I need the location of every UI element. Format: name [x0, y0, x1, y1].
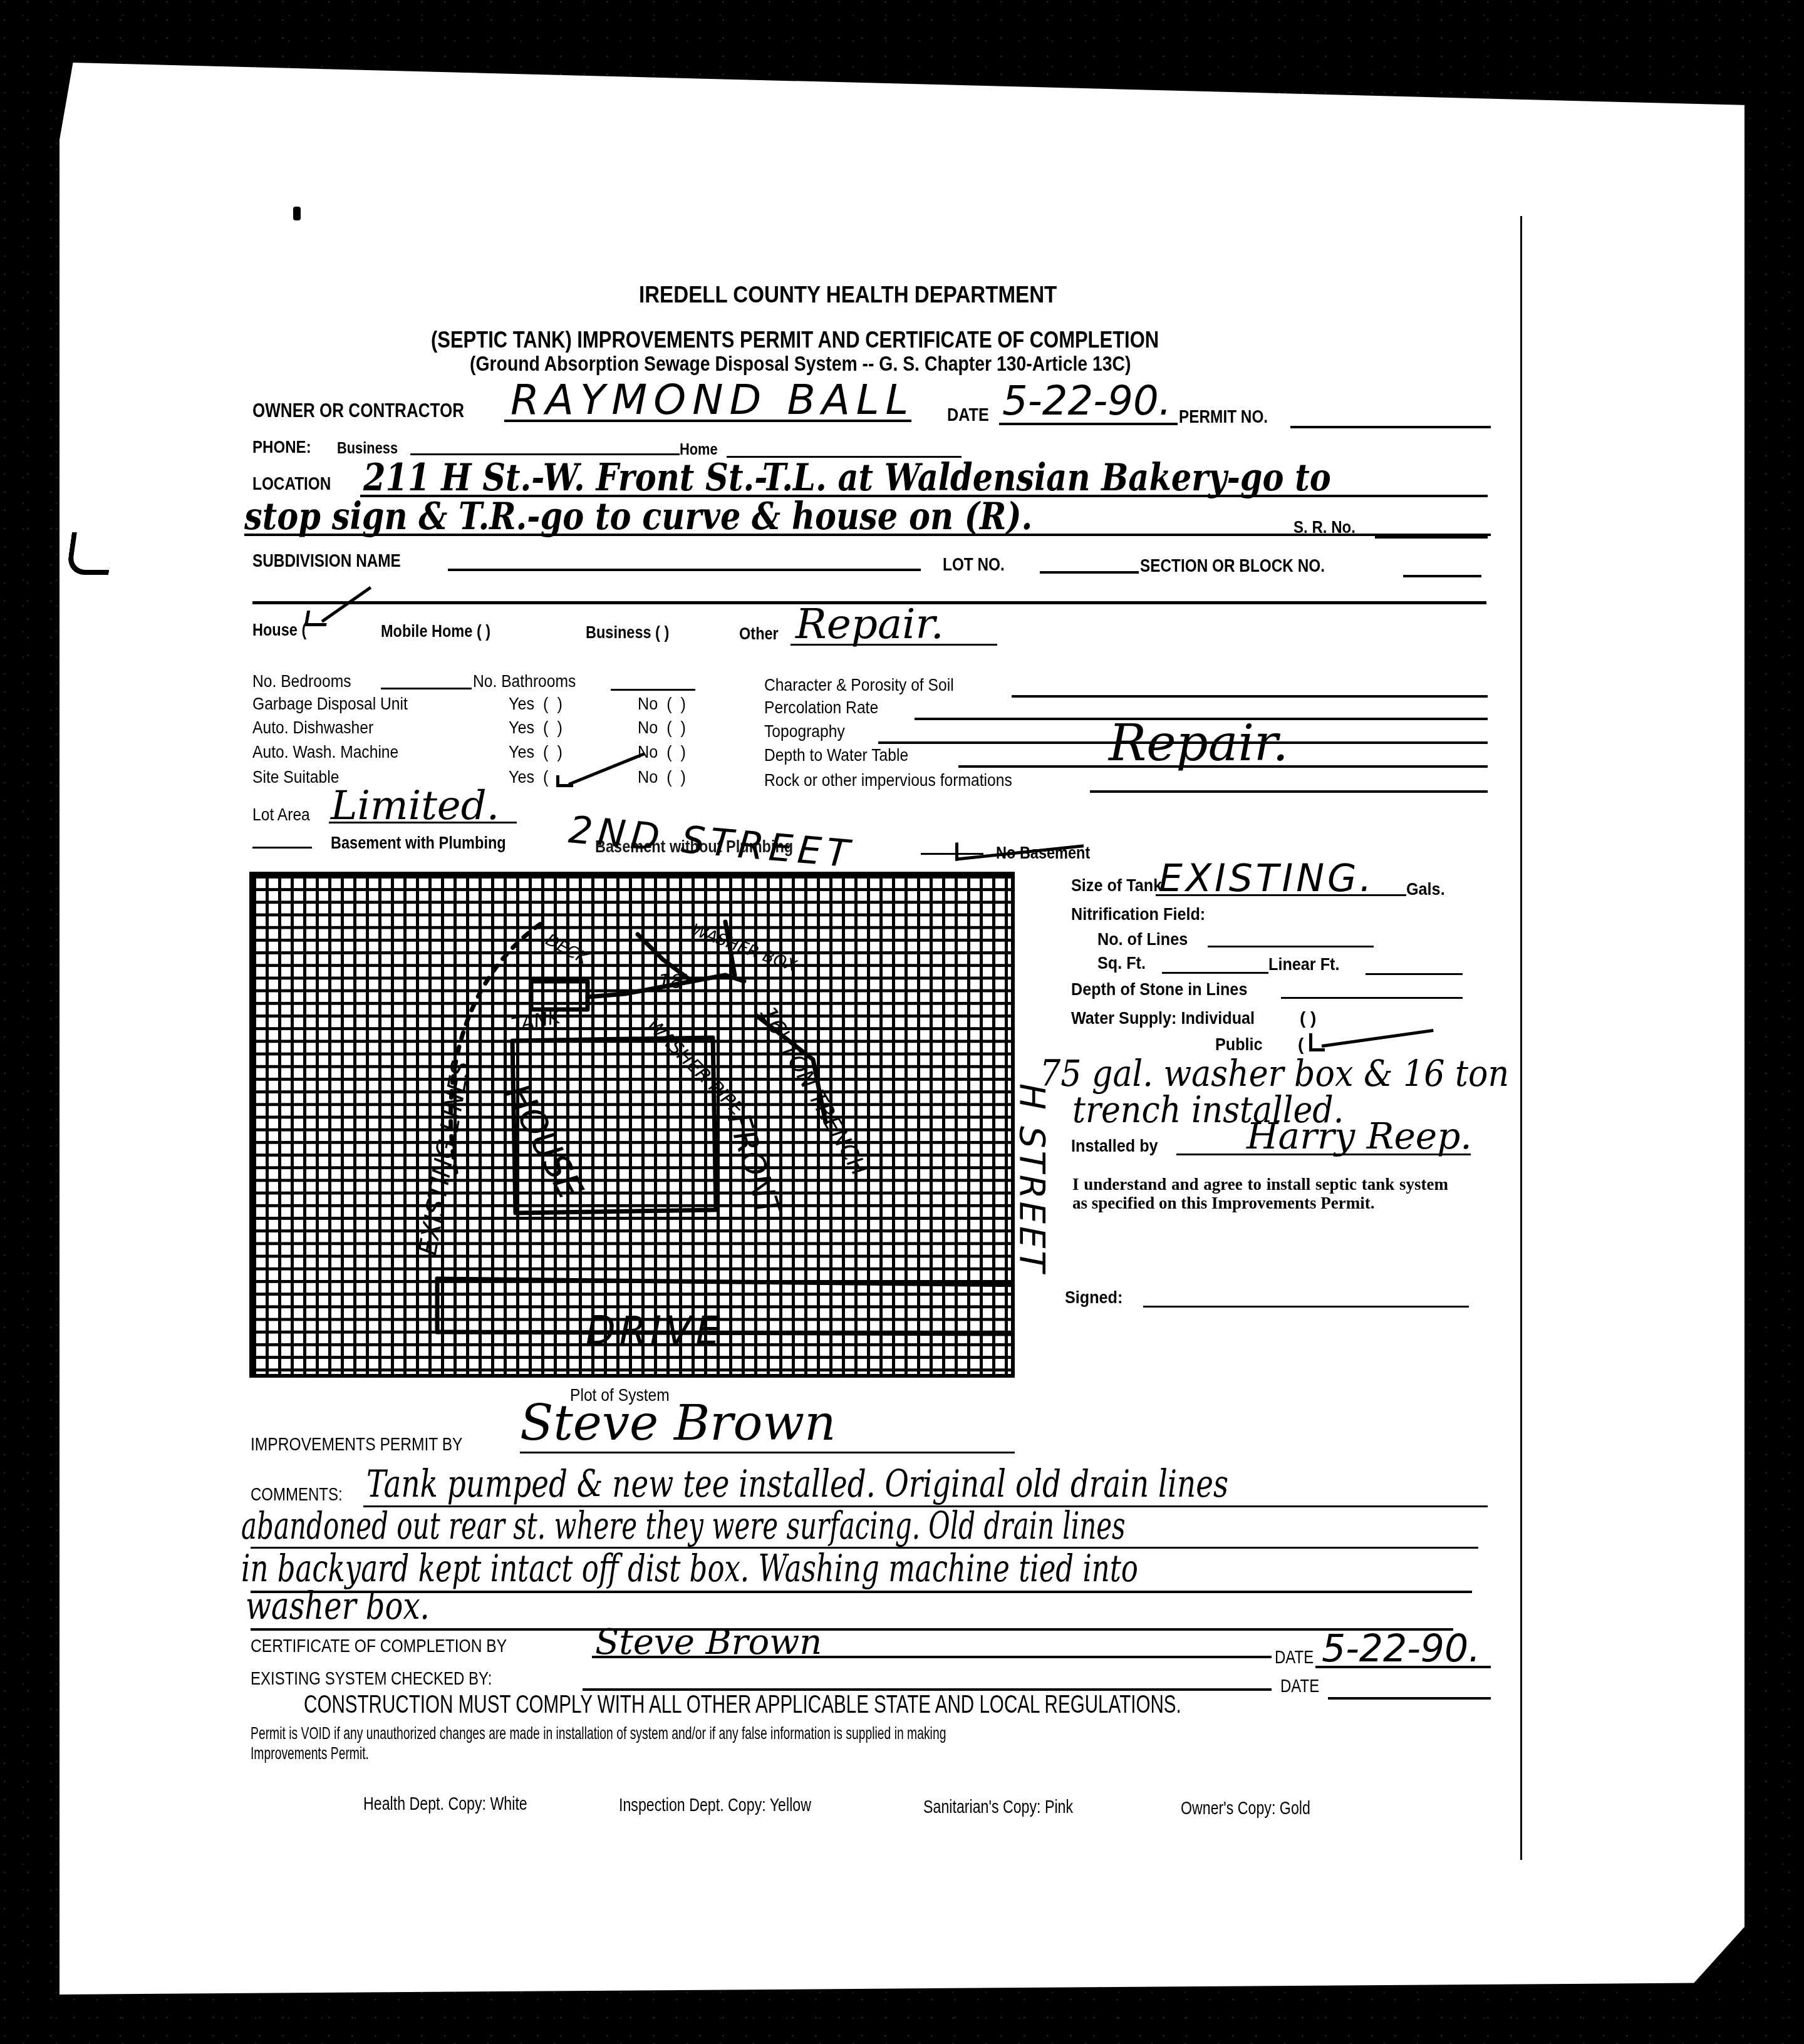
appliance-yes-option[interactable]: Yes ( ): [509, 742, 562, 762]
nitrification-label: Nitrification Field:: [1071, 904, 1205, 924]
bathrooms-label: No. Bathrooms: [473, 671, 576, 691]
appliance-label: Auto. Wash. Machine: [252, 742, 398, 762]
plot-drawing: [249, 872, 1015, 1378]
comments-text-1[interactable]: Tank pumped & new tee installed. Origina…: [366, 1462, 1228, 1506]
margin-check-mark: [66, 532, 115, 575]
lot-area-field[interactable]: Limited.: [331, 783, 499, 829]
soil-field-label: Depth to Water Table: [764, 745, 908, 765]
existing-date-label: DATE: [1280, 1676, 1319, 1697]
tank-size-field[interactable]: EXISTING.: [1159, 857, 1375, 901]
comments-text-2[interactable]: abandoned out rear st. where they were s…: [241, 1504, 1126, 1548]
section-label: SECTION OR BLOCK NO.: [1140, 556, 1325, 577]
certificate-label: CERTIFICATE OF COMPLETION BY: [251, 1636, 507, 1657]
appliance-yes-option[interactable]: Yes ( ): [509, 694, 562, 714]
soil-field-label: Percolation Rate: [764, 698, 878, 718]
other-label: Other: [739, 624, 779, 644]
existing-date-field[interactable]: [1328, 1697, 1491, 1700]
tank-size-label: Size of Tank: [1071, 875, 1162, 896]
water-individual-option[interactable]: ( ): [1300, 1008, 1316, 1028]
subdivision-label: SUBDIVISION NAME: [252, 551, 401, 572]
sqft-field[interactable]: [1162, 972, 1268, 974]
water-public-check: [1309, 1033, 1325, 1051]
gals-label: Gals.: [1406, 879, 1445, 899]
appliance-label: Garbage Disposal Unit: [252, 694, 408, 714]
phone-label: PHONE:: [252, 437, 311, 457]
copy-inspection: Inspection Dept. Copy: Yellow: [619, 1795, 811, 1816]
other-field[interactable]: Repair.: [796, 600, 944, 648]
bedrooms-field[interactable]: [381, 688, 472, 689]
soil-repair-note[interactable]: Repair.: [1109, 714, 1288, 772]
installed-by-label: Installed by: [1071, 1136, 1158, 1156]
copy-owner: Owner's Copy: Gold: [1181, 1799, 1310, 1819]
soil-field-input[interactable]: [1090, 790, 1488, 793]
stone-depth-label: Depth of Stone in Lines: [1071, 979, 1247, 999]
linear-ft-field[interactable]: [1366, 973, 1463, 975]
phone-business-field[interactable]: [410, 453, 680, 455]
basement-with-plumbing-blank[interactable]: [252, 847, 312, 849]
void-notice-2: Improvements Permit.: [251, 1743, 369, 1763]
house-label: House (: [252, 620, 306, 640]
bathrooms-field[interactable]: [611, 689, 695, 691]
section-field[interactable]: [1403, 575, 1481, 577]
sqft-label: Sq. Ft.: [1097, 953, 1146, 973]
owner-label: OWNER OR CONTRACTOR: [252, 400, 464, 422]
subdivision-field[interactable]: [448, 569, 921, 571]
permit-by-line: [520, 1452, 1015, 1453]
comments-line-3: [251, 1591, 1472, 1593]
appliance-no-option[interactable]: No ( ): [638, 767, 686, 787]
soil-field-label: Rock or other impervious formations: [764, 770, 1012, 790]
copy-sanitarian: Sanitarian's Copy: Pink: [923, 1797, 1073, 1818]
existing-checked-label: EXISTING SYSTEM CHECKED BY:: [251, 1668, 492, 1690]
permit-by-label: IMPROVEMENTS PERMIT BY: [251, 1434, 463, 1455]
water-supply-label: Water Supply: Individual: [1071, 1008, 1255, 1028]
lot-no-label: LOT NO.: [943, 555, 1005, 576]
basement-with-plumbing-label: Basement with Plumbing: [331, 833, 506, 853]
appliance-no-option[interactable]: No ( ): [638, 742, 686, 762]
plot-label-drive: DRIVE: [586, 1308, 724, 1353]
agreement-text: I understand and agree to install septic…: [1072, 1175, 1448, 1212]
comments-line-4: [251, 1628, 1453, 1631]
sr-no-label: S. R. No.: [1293, 517, 1356, 537]
lines-label: No. of Lines: [1097, 929, 1188, 949]
lot-area-label: Lot Area: [252, 805, 310, 825]
signed-field[interactable]: [1143, 1306, 1469, 1308]
appliance-label: Auto. Dishwasher: [252, 718, 373, 738]
phone-business-label: Business: [337, 438, 398, 458]
location-label: LOCATION: [252, 474, 331, 495]
bedrooms-label: No. Bedrooms: [252, 671, 351, 691]
no-basement-label: No Basement: [996, 843, 1090, 863]
copy-health: Health Dept. Copy: White: [363, 1794, 527, 1815]
appliance-yes-option[interactable]: Yes ( ): [509, 718, 562, 738]
certificate-date-field[interactable]: 5-22-90.: [1322, 1627, 1480, 1671]
stone-depth-field[interactable]: [1281, 997, 1463, 999]
signed-label: Signed:: [1065, 1288, 1122, 1308]
comments-text-4[interactable]: washer box.: [246, 1584, 430, 1628]
plot-label-distance: 18': [658, 969, 689, 993]
appliance-no-option[interactable]: No ( ): [638, 718, 686, 738]
appliance-yes-option[interactable]: Yes (: [509, 767, 549, 787]
mobile-home-option[interactable]: Mobile Home ( ): [381, 621, 490, 641]
installed-by-field[interactable]: Harry Reep.: [1247, 1115, 1472, 1157]
location-field-2[interactable]: stop sign & T.R.-go to curve & house on …: [244, 495, 1032, 539]
soil-field-label: Topography: [764, 721, 845, 741]
permit-no-field[interactable]: [1290, 426, 1491, 428]
right-margin-rule: [1520, 216, 1522, 1860]
lot-no-field[interactable]: [1040, 571, 1139, 574]
void-notice-1: Permit is VOID if any unauthorized chang…: [251, 1723, 946, 1743]
appliance-no-option[interactable]: No ( ): [638, 694, 686, 714]
permit-by-field[interactable]: Steve Brown: [520, 1395, 836, 1452]
date-field[interactable]: 5-22-90.: [1002, 378, 1171, 425]
soil-field-input[interactable]: [1012, 695, 1488, 698]
top-scan-mark: [293, 207, 301, 220]
form-subtitle: (Ground Absorption Sewage Disposal Syste…: [470, 352, 1131, 376]
form-title: (SEPTIC TANK) IMPROVEMENTS PERMIT AND CE…: [431, 327, 1159, 353]
sr-no-field[interactable]: [1375, 536, 1488, 539]
lines-field[interactable]: [1208, 946, 1374, 947]
permit-no-label: PERMIT NO.: [1179, 407, 1268, 428]
comments-label: COMMENTS:: [251, 1484, 343, 1505]
linear-ft-label: Linear Ft.: [1268, 954, 1339, 974]
date-label: DATE: [947, 405, 989, 426]
business-option[interactable]: Business ( ): [586, 622, 669, 643]
appliance-label: Site Suitable: [252, 767, 339, 787]
tank-shape: [531, 981, 588, 1009]
plot-label-right-street: H STREET: [1012, 1083, 1052, 1275]
owner-field[interactable]: RAYMOND BALL: [511, 376, 915, 424]
location-field-1[interactable]: 211 H St.-W. Front St.-T.L. at Waldensia…: [363, 456, 1331, 500]
department-name: IREDELL COUNTY HEALTH DEPARTMENT: [639, 282, 1057, 308]
certificate-date-label: DATE: [1275, 1647, 1314, 1668]
compliance-notice: CONSTRUCTION MUST COMPLY WITH ALL OTHER …: [304, 1691, 1181, 1719]
certificate-field[interactable]: Steve Brown: [595, 1622, 822, 1663]
soil-field-label: Character & Porosity of Soil: [764, 675, 954, 695]
